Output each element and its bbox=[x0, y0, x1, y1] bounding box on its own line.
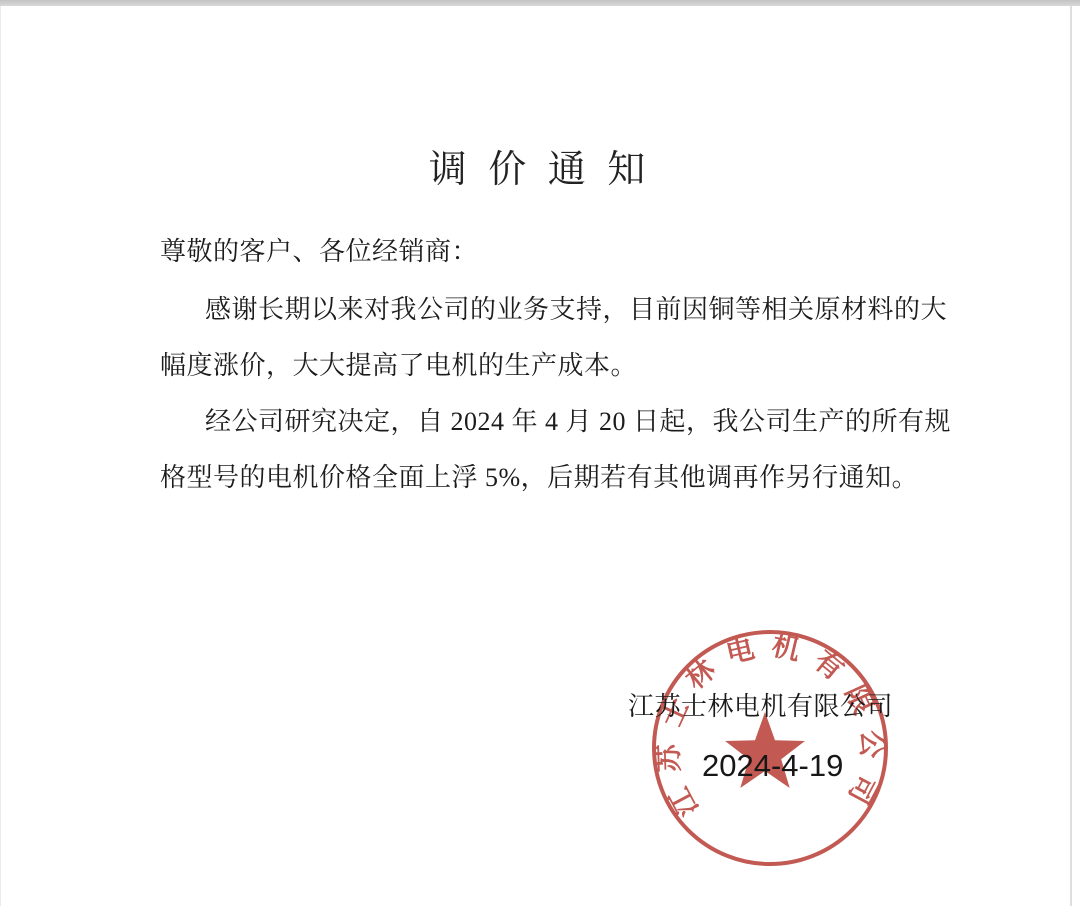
body-line: 感谢长期以来对我公司的业务支持，目前因铜等相关原材料的大 bbox=[205, 289, 947, 326]
scanned-notice-page: { "page": { "background_color": "#ffffff… bbox=[0, 0, 1080, 906]
body-line: 格型号的电机价格全面上浮 5%，后期若有其他调再作另行通知。 bbox=[160, 457, 918, 494]
body-line: 经公司研究决定，自 2024 年 4 月 20 日起，我公司生产的所有规 bbox=[205, 401, 951, 438]
salutation-line: 尊敬的客户、各位经销商： bbox=[160, 231, 478, 268]
page-title: 调 价 通 知 bbox=[0, 138, 1080, 193]
signature-company-name: 江苏士林电机有限公司 bbox=[628, 686, 893, 723]
body-line: 幅度涨价，大大提高了电机的生产成本。 bbox=[160, 345, 637, 382]
scan-top-shadow bbox=[0, 0, 1080, 6]
signature-date: 2024-4-19 bbox=[702, 748, 843, 784]
